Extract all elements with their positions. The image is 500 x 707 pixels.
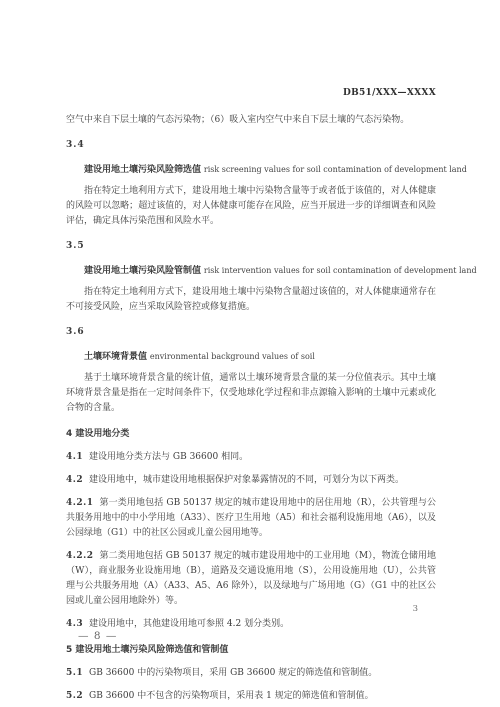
clause-4-3: 4.3 建设用地中，其他建设用地可参照 4.2 划分类别。 — [66, 617, 436, 632]
term-heading-3-6: 土壤环境背景值 environmental background values … — [66, 349, 436, 365]
page-number: 3 — [413, 604, 418, 614]
clause-text: 建设用地中，城市建设用地根据保护对象暴露情况的不同，可划分为以下两类。 — [89, 475, 404, 485]
clause-text: GB 36600 中不包含的污染物项目，采用表 1 规定的筛选值和管制值。 — [89, 691, 374, 701]
clause-number: 4.1 — [66, 452, 83, 462]
clause-number: 5.2 — [66, 691, 83, 701]
term-en: risk intervention values for soil contam… — [204, 266, 477, 275]
clause-text: 建设用地分类方法与 GB 36600 相同。 — [89, 452, 248, 462]
section-5-heading: 5 建设用地土壤污染风险筛选值和管制值 — [66, 643, 436, 658]
clause-number: 4.2.1 — [66, 498, 94, 508]
footer-page-number: — 8 — — [78, 630, 117, 642]
clause-5-1: 5.1 GB 36600 中的污染物项目，采用 GB 36600 规定的筛选值和… — [66, 666, 436, 681]
clause-number: 4.2.2 — [66, 551, 94, 561]
clause-text: GB 36600 中的污染物项目，采用 GB 36600 规定的筛选值和管制值。 — [89, 668, 377, 678]
intro-paragraph: 空气中来自下层土壤的气态污染物；（6）吸入室内空气中来自下层土壤的气态污染物。 — [66, 113, 436, 128]
clause-4-2-1: 4.2.1 第一类用地包括 GB 50137 规定的城市建设用地中的居住用地（R… — [66, 496, 436, 541]
clause-text: 建设用地中，其他建设用地可参照 4.2 划分类别。 — [89, 619, 289, 629]
term-heading-3-5: 建设用地土壤污染风险管制值 risk intervention values f… — [66, 263, 436, 279]
clause-4-2: 4.2 建设用地中，城市建设用地根据保护对象暴露情况的不同，可划分为以下两类。 — [66, 473, 436, 488]
document-page: DB51/XXX—XXXX 空气中来自下层土壤的气态污染物；（6）吸入室内空气中… — [0, 0, 500, 707]
term-definition-3-6: 基于土壤环境背景含量的统计值，通常以土壤环境背景含量的某一分位值表示。其中土壤环… — [66, 371, 436, 416]
section-4-heading: 4 建设用地分类 — [66, 427, 436, 442]
term-number-3-4: 3.4 — [66, 138, 436, 153]
clause-text: 第二类用地包括 GB 50137 规定的城市建设用地中的工业用地（M），物流仓储… — [66, 551, 436, 606]
standard-code-header: DB51/XXX—XXXX — [66, 86, 436, 101]
clause-text: 第一类用地包括 GB 50137 规定的城市建设用地中的居住用地（R），公共管理… — [66, 498, 436, 538]
term-en: risk screening values for soil contamina… — [204, 165, 467, 174]
term-number-3-5: 3.5 — [66, 239, 436, 254]
clause-number: 5.1 — [66, 668, 83, 678]
document-body: DB51/XXX—XXXX 空气中来自下层土壤的气态污染物；（6）吸入室内空气中… — [66, 86, 436, 704]
term-definition-3-4: 指在特定土地利用方式下，建设用地土壤中污染物含量等于或者低于该值的，对人体健康的… — [66, 184, 436, 229]
clause-number: 4.2 — [66, 475, 83, 485]
term-zh: 建设用地土壤污染风险筛选值 — [84, 165, 201, 175]
clause-4-1: 4.1 建设用地分类方法与 GB 36600 相同。 — [66, 450, 436, 465]
term-definition-3-5: 指在特定土地利用方式下，建设用地土壤中污染物含量超过该值的，对人体健康通常存在不… — [66, 285, 436, 315]
term-zh: 土壤环境背景值 — [84, 352, 147, 362]
term-number-3-6: 3.6 — [66, 325, 436, 340]
clause-number: 4.3 — [66, 619, 83, 629]
term-zh: 建设用地土壤污染风险管制值 — [84, 266, 201, 276]
term-en: environmental background values of soil — [150, 352, 315, 361]
clause-5-2: 5.2 GB 36600 中不包含的污染物项目，采用表 1 规定的筛选值和管制值… — [66, 689, 436, 704]
term-heading-3-4: 建设用地土壤污染风险筛选值 risk screening values for … — [66, 162, 436, 178]
clause-4-2-2: 4.2.2 第二类用地包括 GB 50137 规定的城市建设用地中的工业用地（M… — [66, 549, 436, 609]
